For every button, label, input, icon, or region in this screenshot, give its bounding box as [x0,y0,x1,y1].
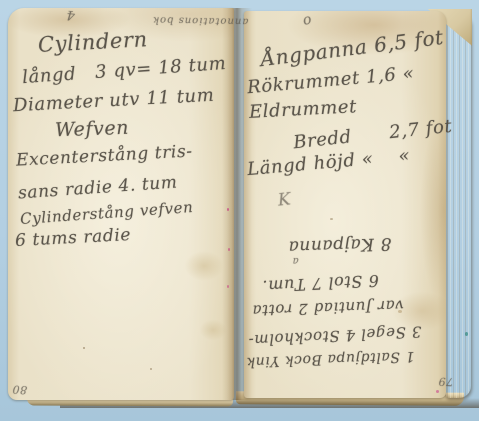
foxing-dot [398,310,402,313]
faint-mark: K [277,191,292,209]
foxing-dot [150,368,152,370]
corner-mark: 4 [65,8,75,22]
teal-speck [465,332,468,336]
pink-speck [228,248,230,251]
foxing-dot [83,347,85,349]
top-margin-note-upside-down: annotations bok [152,14,248,26]
pink-speck [227,208,229,211]
page-number-left: 80 [12,383,28,395]
pink-speck [436,390,439,393]
superscript-mark-upside-down: a [292,255,299,265]
foxing-dot [330,218,333,220]
handwritten-line-upside-down: var Juntiad 2 rotta [252,297,404,317]
scanned-notebook-spread: 4 annotations bok Cylindern långd 3 qv= … [0,0,479,421]
pink-speck [227,285,229,288]
handwritten-line: Cylindern [38,29,149,56]
handwritten-line-upside-down: 8 Kajpanna [288,234,392,255]
handwritten-line: Wefven [55,119,130,141]
handwritten-line-upside-down: 6 Stol 7 Tum. [262,272,379,294]
page-number-right: 79 [438,376,454,388]
fore-edge-page-lines [444,13,471,398]
